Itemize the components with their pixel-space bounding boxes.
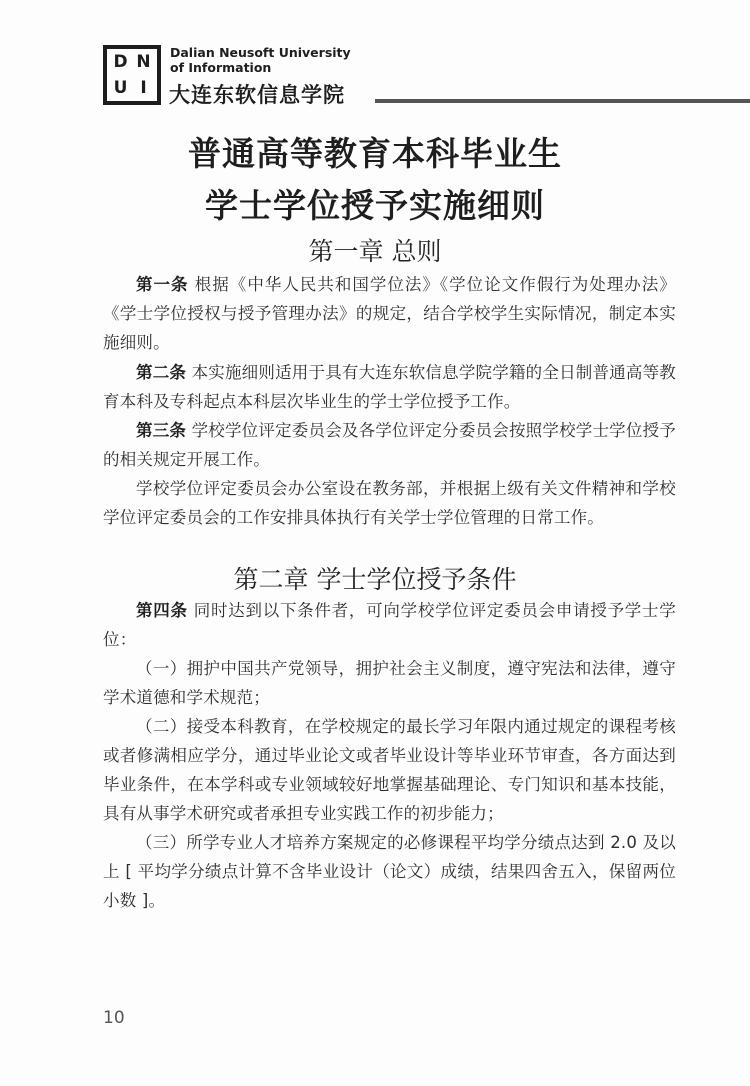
university-logo: D N U I: [103, 45, 161, 105]
page-number: 10: [103, 1008, 125, 1028]
condition-2: （二）接受本科教育，在学校规定的最长学习年限内通过规定的课程考核或者修满相应学分…: [103, 712, 676, 828]
article-text: 同时达到以下条件者，可向学校学位评定委员会申请授予学士学位：: [103, 601, 676, 649]
chapter-heading-1: 第一章 总则: [0, 232, 750, 268]
article-2: 第二条 本实施细则适用于具有大连东软信息学院学籍的全日制普通高等教育本科及专科起…: [103, 358, 676, 416]
article-label: 第一条: [136, 275, 189, 294]
condition-text: （二）接受本科教育，在学校规定的最长学习年限内通过规定的课程考核或者修满相应学分…: [103, 717, 676, 823]
header-divider: [375, 99, 750, 103]
document-title-line1: 普通高等教育本科毕业生: [0, 128, 750, 175]
condition-text: （一）拥护中国共产党领导，拥护社会主义制度，遵守宪法和法律，遵守学术道德和学术规…: [103, 659, 676, 707]
article-text: 学校学位评定委员会及各学位评定分委员会按照学校学士学位授予的相关规定开展工作。: [103, 421, 676, 469]
english-name-line1: Dalian Neusoft University: [170, 45, 351, 60]
page-header: D N U I Dalian Neusoft University of Inf…: [0, 0, 750, 120]
article-3: 第三条 学校学位评定委员会及各学位评定分委员会按照学校学士学位授予的相关规定开展…: [103, 416, 676, 474]
article-3-continued: 学校学位评定委员会办公室设在教务部，并根据上级有关文件精神和学校学位评定委员会的…: [103, 474, 676, 532]
logo-letter-u: U: [114, 78, 128, 98]
condition-3: （三）所学专业人才培养方案规定的必修课程平均学分绩点达到 2.0 及以上 [ 平…: [103, 828, 676, 915]
logo-letter-d: D: [113, 52, 127, 72]
article-1: 第一条 根据《中华人民共和国学位法》《学位论文作假行为处理办法》《学士学位授权与…: [103, 270, 676, 357]
english-name-line2: of Information: [170, 60, 351, 75]
condition-text: （三）所学专业人才培养方案规定的必修课程平均学分绩点达到 2.0 及以上 [ 平…: [103, 833, 676, 910]
logo-letter-i: I: [140, 78, 146, 98]
article-text: 根据《中华人民共和国学位法》《学位论文作假行为处理办法》《学士学位授权与授予管理…: [103, 275, 676, 352]
article-label: 第四条: [136, 601, 188, 620]
chapter-heading-2: 第二章 学士学位授予条件: [0, 560, 750, 596]
condition-1: （一）拥护中国共产党领导，拥护社会主义制度，遵守宪法和法律，遵守学术道德和学术规…: [103, 654, 676, 712]
article-label: 第二条: [136, 363, 186, 382]
article-4: 第四条 同时达到以下条件者，可向学校学位评定委员会申请授予学士学位：: [103, 596, 676, 654]
article-label: 第三条: [136, 421, 186, 440]
document-title-line2: 学士学位授予实施细则: [0, 180, 750, 227]
university-english-name: Dalian Neusoft University of Information: [170, 45, 351, 75]
article-text: 学校学位评定委员会办公室设在教务部，并根据上级有关文件精神和学校学位评定委员会的…: [103, 479, 676, 527]
logo-letter-n: N: [136, 52, 150, 72]
article-text: 本实施细则适用于具有大连东软信息学院学籍的全日制普通高等教育本科及专科起点本科层…: [103, 363, 676, 411]
university-chinese-name: 大连东软信息学院: [169, 79, 345, 109]
